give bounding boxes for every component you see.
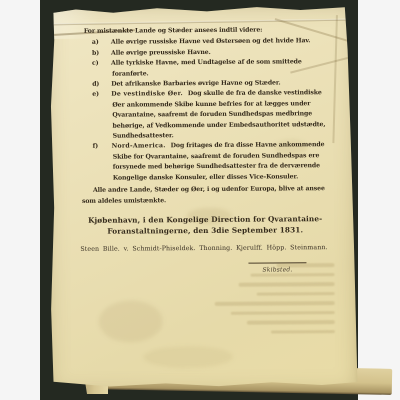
dateline: Kjøbenhavn, i den Kongelige Direction fo… — [80, 214, 330, 238]
item-label: b) — [92, 48, 104, 58]
paper-stain — [99, 300, 163, 342]
item-label: e) — [92, 90, 104, 100]
countersignature-block: Skibsted. — [248, 263, 306, 276]
paper-stain — [143, 346, 233, 369]
item-label: f) — [93, 142, 105, 152]
paper-sheet: For mistænkte Lande og Stæder ansees ind… — [45, 3, 360, 395]
item-label: a) — [92, 38, 104, 48]
signatories-line: Steen Bille. v. Schmidt-Phiseldek. Thonn… — [80, 243, 330, 255]
item-lead: De vestindiske Øer. — [111, 91, 183, 98]
item-label: d) — [92, 80, 104, 90]
closing-paragraph: Alle andre Lande, Stæder og Øer, i og ud… — [82, 184, 330, 207]
signature-rule — [248, 263, 306, 264]
printed-text: For mistænkte Lande og Stæder ansees ind… — [79, 25, 331, 277]
item-text: Alle øvrige russiske Havne ved Østersøen… — [111, 38, 310, 46]
list-item-e: e)De vestindiske Øer.Dog skulle de fra d… — [92, 89, 329, 143]
item-text: Det afrikanske Barbaries øvrige Havne og… — [111, 79, 280, 87]
list-item-a: a)Alle øvrige russiske Havne ved Østersø… — [92, 37, 329, 49]
countersignature: Skibsted. — [248, 265, 306, 275]
item-label: c) — [92, 59, 104, 69]
list-item-f: f)Nord-America.Dog fritages de fra disse… — [93, 141, 330, 184]
list-item-c: c)Alle tyrkiske Havne, med Undtagelse af… — [92, 57, 329, 79]
intro-line: For mistænkte Lande og Stæder ansees ind… — [84, 25, 329, 37]
item-text: Alle øvrige preussiske Havne. — [111, 49, 211, 57]
item-lead: Nord-America. — [112, 143, 166, 150]
vertical-crease — [332, 15, 337, 143]
item-text: Alle tyrkiske Havne, med Undtagelse af d… — [111, 59, 302, 78]
